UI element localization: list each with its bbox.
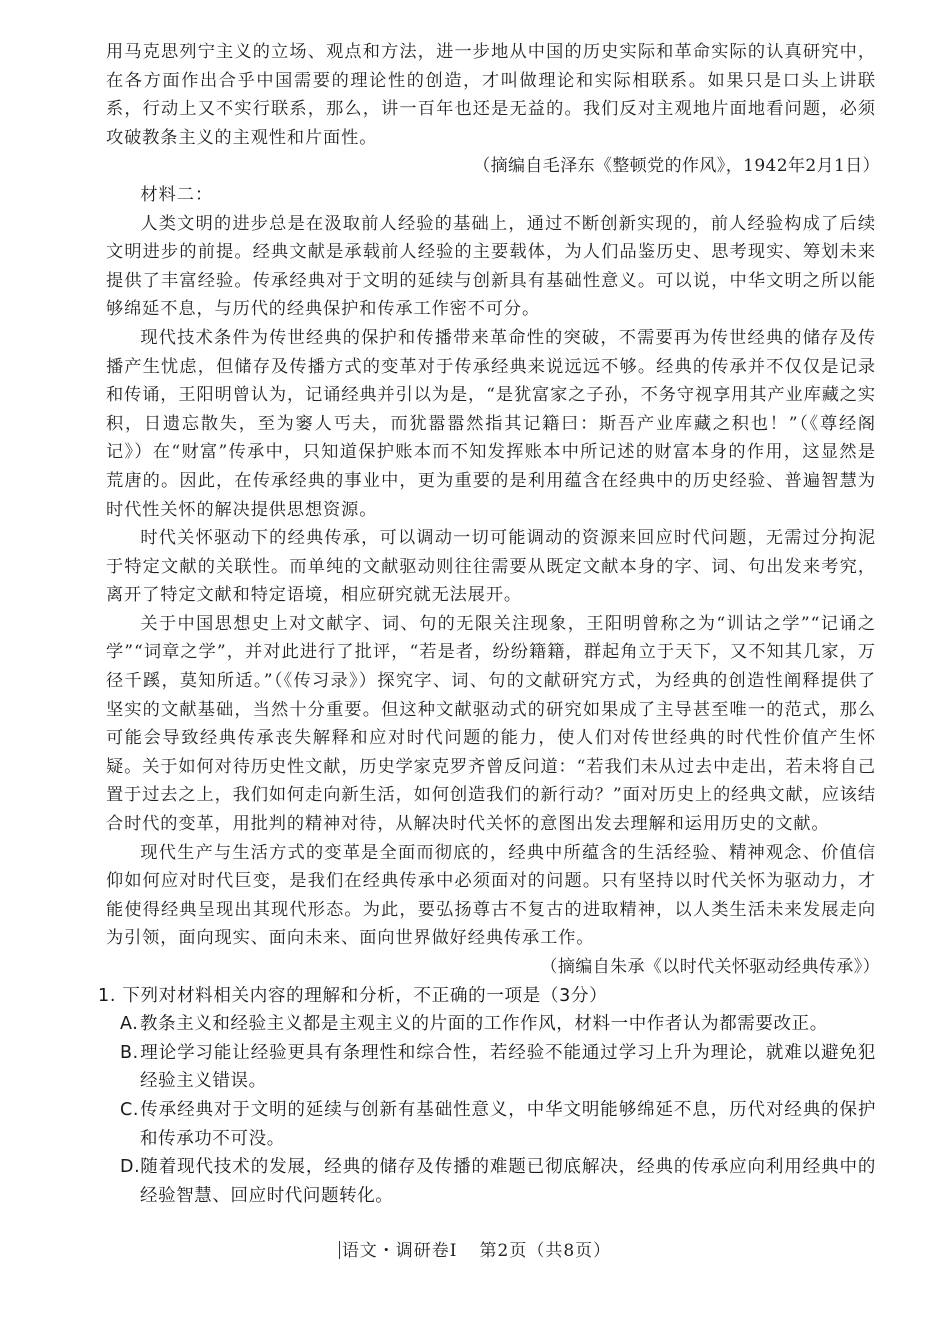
page-footer: 语文・调研卷Ⅰ第2页（共8页）: [0, 1236, 950, 1261]
question-1: 1. 下列对材料相关内容的理解和分析，不正确的一项是（3分） A.教条主义和经验…: [106, 982, 876, 1211]
material-one-paragraph: 用马克思列宁主义的立场、观点和方法，进一步地从中国的历史实际和革命实际的认真研究…: [106, 38, 876, 152]
option-a: A.教条主义和经验主义都是主观主义的片面的工作作风，材料一中作者认为都需要改正。: [120, 1010, 876, 1039]
question-stem: 1. 下列对材料相关内容的理解和分析，不正确的一项是（3分）: [98, 982, 876, 1011]
option-letter: B.: [120, 1039, 140, 1068]
option-text: 随着现代技术的发展，经典的储存及传播的难题已彻底解决，经典的传承应向利用经典中的…: [140, 1157, 876, 1206]
footer-page-number: 第2页（共8页）: [480, 1241, 612, 1261]
material-two-paragraph: 现代技术条件为传世经典的保护和传播带来革命性的突破，不需要再为传世经典的储存及传…: [106, 324, 876, 524]
option-d: D.随着现代技术的发展，经典的储存及传播的难题已彻底解决，经典的传承应向利用经典…: [120, 1153, 876, 1210]
option-letter: C.: [120, 1096, 140, 1125]
option-letter: D.: [120, 1153, 140, 1182]
option-text: 传承经典对于文明的延续与创新有基础性意义，中华文明能够绵延不息，历代对经典的保护…: [140, 1100, 876, 1149]
footer-divider: [339, 1241, 340, 1259]
material-one-tail: 用马克思列宁主义的立场、观点和方法，进一步地从中国的历史实际和革命实际的认真研究…: [106, 38, 876, 181]
option-text: 教条主义和经验主义都是主观主义的片面的工作作风，材料一中作者认为都需要改正。: [140, 1014, 828, 1034]
material-one-source: （摘编自毛泽东《整顿党的作风》，1942年2月1日）: [106, 152, 880, 181]
material-two-paragraph: 关于中国思想史上对文献字、词、句的无限关注现象，王阳明曾称之为“训诂之学”“记诵…: [106, 610, 876, 839]
material-two-source: （摘编自朱承《以时代关怀驱动经典传承》）: [106, 953, 880, 982]
material-two-paragraph: 人类文明的进步总是在汲取前人经验的基础上，通过不断创新实现的，前人经验构成了后续…: [106, 210, 876, 324]
option-c: C.传承经典对于文明的延续与创新有基础性意义，中华文明能够绵延不息，历代对经典的…: [120, 1096, 876, 1153]
option-text: 理论学习能让经验更具有条理性和综合性，若经验不能通过学习上升为理论，就难以避免犯…: [140, 1043, 876, 1092]
footer-subject: 语文・调研卷Ⅰ: [342, 1241, 458, 1261]
material-two: 材料二： 人类文明的进步总是在汲取前人经验的基础上，通过不断创新实现的，前人经验…: [106, 181, 876, 982]
material-two-paragraph: 时代关怀驱动下的经典传承，可以调动一切可能调动的资源来回应时代问题，无需过分拘泥…: [106, 524, 876, 610]
option-b: B.理论学习能让经验更具有条理性和综合性，若经验不能通过学习上升为理论，就难以避…: [120, 1039, 876, 1096]
material-two-title: 材料二：: [106, 181, 876, 210]
exam-page: 用马克思列宁主义的立场、观点和方法，进一步地从中国的历史实际和革命实际的认真研究…: [106, 38, 876, 1210]
option-letter: A.: [120, 1010, 140, 1039]
material-two-paragraph: 现代生产与生活方式的变革是全面而彻底的，经典中所蕴含的生活经验、精神观念、价值信…: [106, 839, 876, 953]
